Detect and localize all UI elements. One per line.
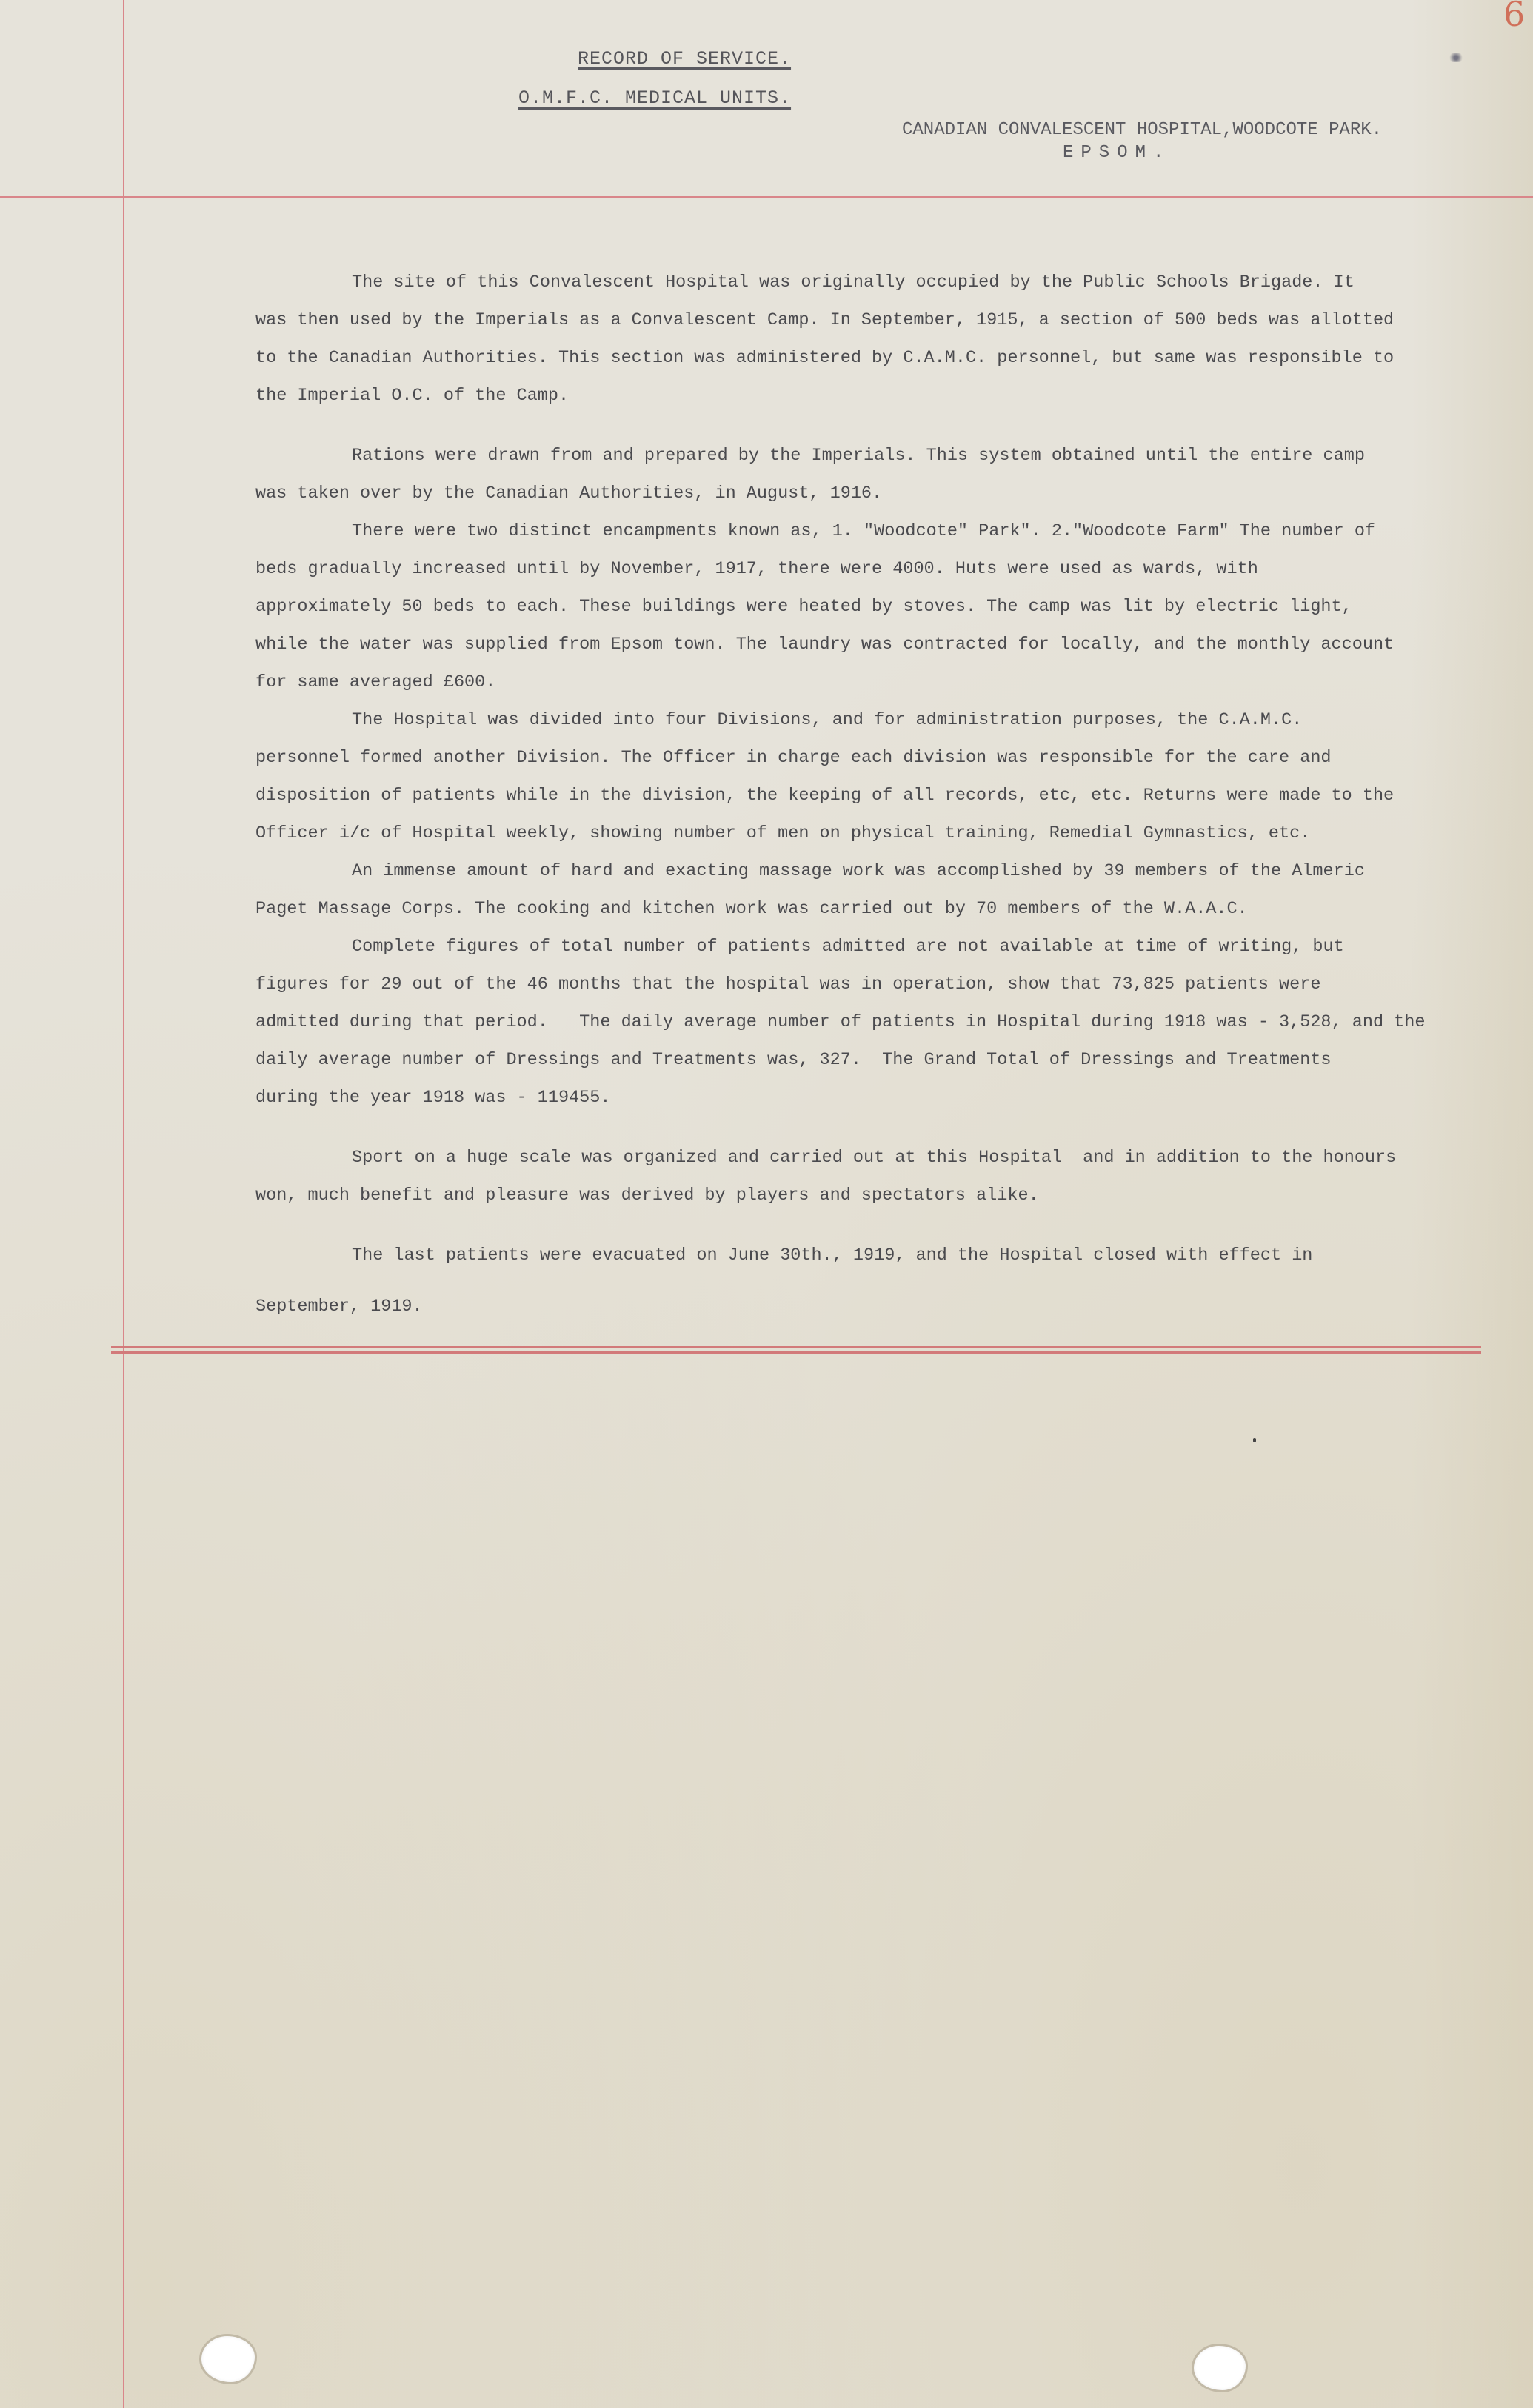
- punch-hole-right: [1194, 2346, 1246, 2390]
- text-line: was then used by the Imperials as a Conv…: [255, 301, 1514, 339]
- paragraph-massage-corps: An immense amount of hard and exacting m…: [255, 852, 1514, 928]
- text-line: beds gradually increased until by Novemb…: [255, 550, 1514, 588]
- punch-hole-left: [201, 2336, 255, 2382]
- text-line: disposition of patients while in the div…: [255, 777, 1514, 815]
- text-line: daily average number of Dressings and Tr…: [255, 1041, 1514, 1079]
- text-line: the Imperial O.C. of the Camp.: [255, 377, 1514, 415]
- text-line: admitted during that period. The daily a…: [255, 1003, 1514, 1041]
- text-line: Sport on a huge scale was organized and …: [255, 1139, 1514, 1177]
- text-line: was taken over by the Canadian Authoriti…: [255, 475, 1514, 512]
- text-line: Complete figures of total number of pati…: [255, 928, 1514, 966]
- text-line: during the year 1918 was - 119455.: [255, 1079, 1514, 1117]
- document-header: RECORD OF SERVICE. O.M.F.C. MEDICAL UNIT…: [0, 0, 1533, 193]
- paragraph-patient-figures: Complete figures of total number of pati…: [255, 928, 1514, 1117]
- paper-speck: [1253, 1438, 1256, 1442]
- margin-rule-vertical: [123, 0, 124, 2408]
- text-line: The Hospital was divided into four Divis…: [255, 701, 1514, 739]
- closing-double-rule: [111, 1346, 1481, 1354]
- document-subtitle: O.M.F.C. MEDICAL UNITS.: [518, 87, 791, 109]
- paragraph-closure: The last patients were evacuated on June…: [255, 1237, 1514, 1325]
- paragraph-sport: Sport on a huge scale was organized and …: [255, 1139, 1514, 1214]
- text-line: Rations were drawn from and prepared by …: [255, 437, 1514, 475]
- text-line: Officer i/c of Hospital weekly, showing …: [255, 815, 1514, 852]
- text-line: An immense amount of hard and exacting m…: [255, 852, 1514, 890]
- text-line: Paget Massage Corps. The cooking and kit…: [255, 890, 1514, 928]
- text-line: The site of this Convalescent Hospital w…: [255, 264, 1514, 301]
- text-line: There were two distinct encampments know…: [255, 512, 1514, 550]
- text-line: won, much benefit and pleasure was deriv…: [255, 1177, 1514, 1214]
- text-line: personnel formed another Division. The O…: [255, 739, 1514, 777]
- paragraph-encampments: There were two distinct encampments know…: [255, 512, 1514, 701]
- text-line: to the Canadian Authorities. This sectio…: [255, 339, 1514, 377]
- text-line: for same averaged £600.: [255, 663, 1514, 701]
- document-body: The site of this Convalescent Hospital w…: [255, 264, 1514, 1325]
- text-line: September, 1919.: [255, 1288, 1514, 1325]
- text-line: approximately 50 beds to each. These bui…: [255, 588, 1514, 626]
- text-line: The last patients were evacuated on June…: [255, 1237, 1514, 1274]
- document-title: RECORD OF SERVICE.: [578, 48, 791, 70]
- header-rule: [0, 196, 1533, 198]
- paragraph-divisions: The Hospital was divided into four Divis…: [255, 701, 1514, 852]
- paragraph-site-history: The site of this Convalescent Hospital w…: [255, 264, 1514, 415]
- text-line: while the water was supplied from Epsom …: [255, 626, 1514, 663]
- text-line: figures for 29 out of the 46 months that…: [255, 966, 1514, 1003]
- hospital-name: CANADIAN CONVALESCENT HOSPITAL,WOODCOTE …: [902, 120, 1382, 140]
- hospital-location: EPSOM.: [1063, 143, 1171, 163]
- paragraph-rations: Rations were drawn from and prepared by …: [255, 437, 1514, 512]
